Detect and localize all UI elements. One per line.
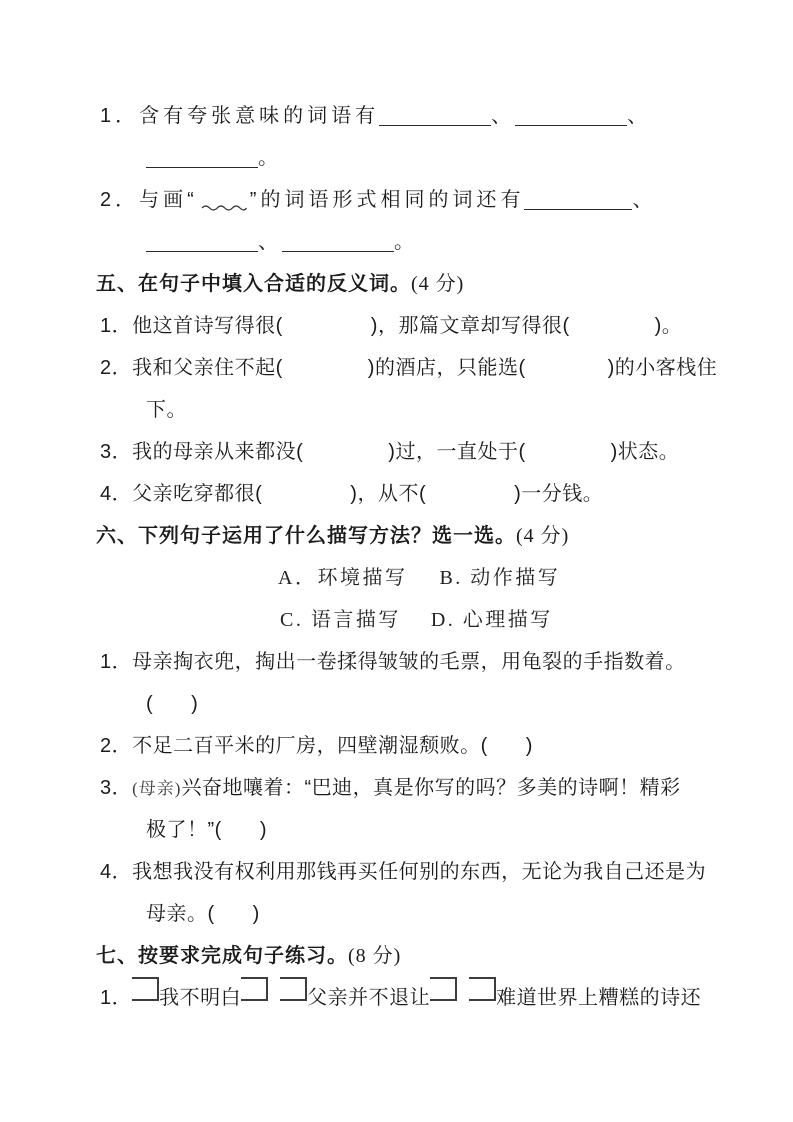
- question-text: )状态。: [611, 441, 680, 463]
- question-text: 兴奋地嚷着：“巴迪，真是你写的吗？多美的诗啊！精彩: [181, 777, 680, 799]
- q6-item3-line1: 3．(母亲)兴奋地嚷着：“巴迪，真是你写的吗？多美的诗啊！精彩: [0, 767, 793, 809]
- question-text: 2．与画“: [100, 189, 198, 211]
- question-text: 母亲。(: [146, 903, 215, 925]
- question-text: )的小客栈住: [608, 357, 718, 379]
- paren-gap: [303, 457, 388, 458]
- score-label: (4 分): [411, 273, 464, 295]
- question-text: )，从不(: [350, 483, 426, 505]
- options-row-2: C. 语言描写D. 心理描写: [0, 599, 793, 641]
- q6-item1-line1: 1．母亲掏衣兜，掏出一卷揉得皱皱的毛票，用龟裂的手指数着。: [0, 641, 793, 683]
- q5-item1: 1．他这首诗写得很()，那篇文章却写得很()。: [0, 305, 793, 347]
- q4-sub2-line2: 、。: [0, 221, 793, 263]
- q4-sub2-line1: 2．与画“”的词语形式相同的词还有、: [0, 179, 793, 221]
- question-text: ): [253, 903, 260, 925]
- q7-item1: 1．我不明白父亲并不退让难道世界上糟糕的诗还: [0, 977, 793, 1019]
- option-gap: [407, 583, 439, 584]
- question-text: )一分钱。: [514, 483, 603, 505]
- answer-blank: [379, 111, 491, 126]
- q5-item2-line2: 下。: [0, 389, 793, 431]
- question-text: 父亲并不退让: [307, 987, 430, 1009]
- section7-heading: 七、按要求完成句子练习。(8 分): [0, 935, 793, 977]
- punctuation-box: [430, 977, 457, 1001]
- question-text: )，那篇文章却写得很(: [371, 315, 570, 337]
- worksheet-lines: 1．含有夸张意味的词语有、、。2．与画“”的词语形式相同的词还有、、。五、在句子…: [0, 0, 793, 1019]
- question-text: 。: [258, 147, 282, 169]
- question-text: ): [191, 693, 198, 715]
- question-text: ”的词语形式相同的词还有: [250, 189, 525, 211]
- section-title: 五、在句子中填入合适的反义词。: [96, 273, 411, 295]
- options-row-1: A．环境描写B. 动作描写: [0, 557, 793, 599]
- q4-sub1-line2: 。: [0, 137, 793, 179]
- q5-item4: 4．父亲吃穿都很()，从不()一分钱。: [0, 473, 793, 515]
- question-text: 、: [632, 189, 656, 211]
- paren-gap: [526, 373, 608, 374]
- answer-blank: [282, 237, 394, 252]
- paren-gap: [153, 709, 191, 710]
- q5-item3: 3．我的母亲从来都没()过，一直处于()状态。: [0, 431, 793, 473]
- paren-gap: [426, 499, 514, 500]
- paren-gap: [570, 331, 655, 332]
- q5-item2-line1: 2．我和父亲住不起()的酒店，只能选()的小客栈住: [0, 347, 793, 389]
- paren-gap: [283, 373, 368, 374]
- paren-gap: [262, 499, 350, 500]
- paren-gap: [488, 751, 526, 752]
- section-title: 六、下列句子运用了什么描写方法？选一选。: [96, 525, 516, 547]
- punctuation-box: [241, 977, 268, 1001]
- question-text: 4．父亲吃穿都很(: [100, 483, 262, 505]
- score-label: (8 分): [348, 945, 401, 967]
- question-text: 1．: [100, 987, 132, 1009]
- question-text: 、: [491, 105, 515, 127]
- question-text: 2．不足二百平米的厂房，四壁潮湿颓败。(: [100, 735, 488, 757]
- question-text: )过，一直处于(: [388, 441, 525, 463]
- answer-blank: [515, 111, 627, 126]
- question-text: 1．他这首诗写得很(: [100, 315, 283, 337]
- answer-blank: [146, 237, 258, 252]
- question-text: ): [260, 819, 267, 841]
- q6-item2: 2．不足二百平米的厂房，四壁潮湿颓败。(): [0, 725, 793, 767]
- worksheet-page: 1．含有夸张意味的词语有、、。2．与画“”的词语形式相同的词还有、、。五、在句子…: [0, 0, 793, 1122]
- q6-item4-line1: 4．我想我没有权利用那钱再买任何别的东西，无论为我自己还是为: [0, 851, 793, 893]
- option-b: B. 动作描写: [439, 567, 560, 589]
- q6-item3-line2: 极了！”(): [0, 809, 793, 851]
- section5-heading: 五、在句子中填入合适的反义词。(4 分): [0, 263, 793, 305]
- paren-gap: [526, 457, 611, 458]
- question-text: )的酒店，只能选(: [368, 357, 526, 379]
- answer-blank: [146, 153, 258, 168]
- section6-heading: 六、下列句子运用了什么描写方法？选一选。(4 分): [0, 515, 793, 557]
- paren-gap: [222, 835, 260, 836]
- paren-gap: [283, 331, 371, 332]
- question-text: 下。: [146, 399, 187, 421]
- score-label: (4 分): [516, 525, 569, 547]
- option-c: C. 语言描写: [280, 609, 401, 631]
- q6-item1-line2: (): [0, 683, 793, 725]
- speaker-label: (母亲): [132, 779, 181, 798]
- punctuation-box: [280, 977, 307, 1001]
- question-text: 、: [627, 105, 651, 127]
- question-text: 3．我的母亲从来都没(: [100, 441, 303, 463]
- option-d: D. 心理描写: [431, 609, 553, 631]
- question-text: ): [526, 735, 533, 757]
- punctuation-box: [469, 977, 496, 1001]
- punctuation-box: [132, 977, 159, 1001]
- question-text: (: [146, 693, 153, 715]
- question-text: 3．: [100, 777, 132, 799]
- question-text: )。: [655, 315, 683, 337]
- option-gap: [401, 625, 431, 626]
- question-text: 难道世界上糟糕的诗还: [496, 987, 701, 1009]
- question-text: 1．含有夸张意味的词语有: [100, 105, 379, 127]
- question-text: 、: [258, 231, 282, 253]
- paren-gap: [215, 919, 253, 920]
- section-title: 七、按要求完成句子练习。: [96, 945, 348, 967]
- answer-blank: [524, 195, 632, 210]
- question-text: 1．母亲掏衣兜，掏出一卷揉得皱皱的毛票，用龟裂的手指数着。: [100, 651, 686, 673]
- q4-sub1-line1: 1．含有夸张意味的词语有、、: [0, 95, 793, 137]
- question-text: 。: [394, 231, 418, 253]
- question-text: 4．我想我没有权利用那钱再买任何别的东西，无论为我自己还是为: [100, 861, 706, 883]
- question-text: 2．我和父亲住不起(: [100, 357, 283, 379]
- option-a: A．环境描写: [278, 567, 407, 589]
- question-text: 极了！”(: [146, 819, 222, 841]
- question-text: 我不明白: [159, 987, 241, 1009]
- q6-item4-line2: 母亲。(): [0, 893, 793, 935]
